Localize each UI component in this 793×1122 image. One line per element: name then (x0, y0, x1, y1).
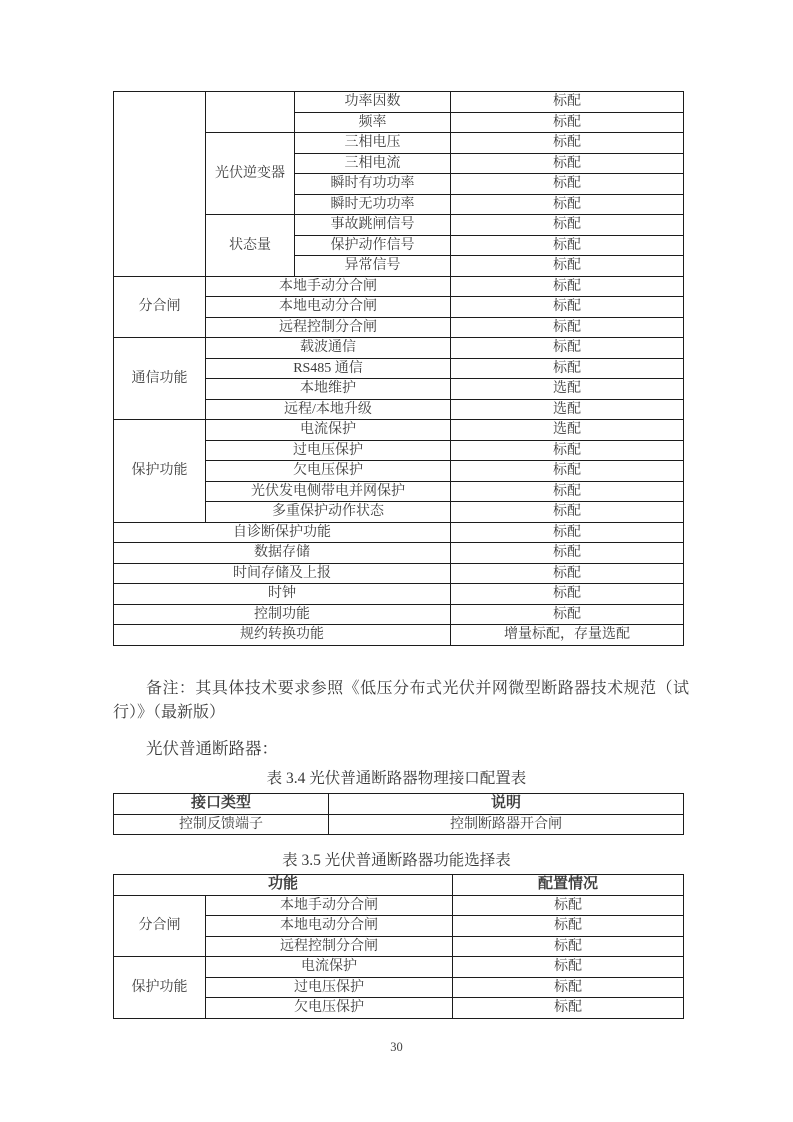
table-cell-config: 标配 (451, 502, 684, 523)
table-cell-item: 异常信号 (295, 256, 451, 277)
table-cell-empty-group (114, 92, 206, 277)
table-cell-config: 标配 (451, 584, 684, 605)
table-cell-config: 标配 (453, 916, 684, 937)
table-cell-item: 数据存储 (114, 543, 451, 564)
table-cell-item: 本地维护 (206, 379, 451, 400)
table-cell-config: 标配 (451, 235, 684, 256)
table-cell-group-switching: 分合闸 (114, 895, 206, 957)
table-cell-config: 标配 (451, 92, 684, 113)
table-header-description: 说明 (329, 794, 684, 815)
table-header-interface-type: 接口类型 (114, 794, 329, 815)
table-cell-item: 过电压保护 (206, 977, 453, 998)
table-header-config: 配置情况 (453, 875, 684, 896)
table-header-function: 功能 (114, 875, 453, 896)
table35-caption: 表 3.5 光伏普通断路器功能选择表 (0, 848, 793, 870)
table-cell-group-protection: 保护功能 (114, 957, 206, 1019)
table-cell-item: 远程/本地升级 (206, 399, 451, 420)
table-cell-item: 三相电流 (295, 153, 451, 174)
table-cell-config: 标配 (451, 481, 684, 502)
table-cell-item: 保护动作信号 (295, 235, 451, 256)
table-cell-item: 控制功能 (114, 604, 451, 625)
table-row: 分合闸 本地手动分合闸 标配 (114, 895, 684, 916)
table-cell-item: 本地电动分合闸 (206, 297, 451, 318)
table-cell-config: 标配 (453, 936, 684, 957)
table-cell-item: 本地电动分合闸 (206, 916, 453, 937)
table-cell-config: 标配 (451, 338, 684, 359)
table-row: 时钟 标配 (114, 584, 684, 605)
table-cell-config: 标配 (453, 998, 684, 1019)
table-row: 时间存储及上报 标配 (114, 563, 684, 584)
table-cell-item: 规约转换功能 (114, 625, 451, 646)
table-cell-config: 标配 (451, 317, 684, 338)
table-cell-config: 标配 (453, 895, 684, 916)
table-cell-item: RS485 通信 (206, 358, 451, 379)
table-cell-config: 标配 (451, 194, 684, 215)
table-cell-config: 标配 (451, 112, 684, 133)
table-cell-config: 标配 (453, 977, 684, 998)
table-cell-config: 标配 (453, 957, 684, 978)
table-cell-item: 欠电压保护 (206, 461, 451, 482)
document-page: 功率因数 标配 频率 标配 光伏逆变器 三相电压 标配 三相电流 标配 瞬时有功… (0, 0, 793, 1122)
table-row: 功率因数 标配 (114, 92, 684, 113)
table-cell-interface-type: 控制反馈端子 (114, 814, 329, 835)
table-cell-config: 标配 (451, 297, 684, 318)
table-cell-config: 选配 (451, 420, 684, 441)
table-cell-config: 标配 (451, 358, 684, 379)
table-cell-group-status: 状态量 (206, 215, 295, 277)
table-cell-item: 时间存储及上报 (114, 563, 451, 584)
table-cell-config: 标配 (451, 276, 684, 297)
table-cell-config: 选配 (451, 379, 684, 400)
table-cell-item: 电流保护 (206, 420, 451, 441)
table-row: 数据存储 标配 (114, 543, 684, 564)
table-cell-config: 标配 (451, 563, 684, 584)
table-cell-config: 标配 (451, 256, 684, 277)
main-config-table: 功率因数 标配 频率 标配 光伏逆变器 三相电压 标配 三相电流 标配 瞬时有功… (113, 91, 684, 646)
table-cell-config: 标配 (451, 215, 684, 236)
table-header-row: 接口类型 说明 (114, 794, 684, 815)
table-row: 保护功能 电流保护 标配 (114, 957, 684, 978)
table-cell-item: 远程控制分合闸 (206, 936, 453, 957)
table-cell-item: 光伏发电侧带电并网保护 (206, 481, 451, 502)
table-cell-group-switching: 分合闸 (114, 276, 206, 338)
table-cell-group-comm: 通信功能 (114, 338, 206, 420)
table-cell-group-protection: 保护功能 (114, 420, 206, 523)
table-cell-config: 标配 (451, 174, 684, 195)
table34-caption: 表 3.4 光伏普通断路器物理接口配置表 (0, 766, 793, 788)
table-row: 自诊断保护功能 标配 (114, 522, 684, 543)
page-number: 30 (0, 1040, 793, 1055)
table-cell-item: 事故跳闸信号 (295, 215, 451, 236)
section-heading: 光伏普通断路器： (146, 735, 278, 759)
function-selection-table: 功能 配置情况 分合闸 本地手动分合闸 标配 本地电动分合闸 标配 远程控制分合… (113, 874, 684, 1019)
table-row: 保护功能 电流保护 选配 (114, 420, 684, 441)
table-cell-item: 远程控制分合闸 (206, 317, 451, 338)
table-cell-empty-subgroup (206, 92, 295, 133)
table-cell-config: 标配 (451, 543, 684, 564)
table-row: 控制功能 标配 (114, 604, 684, 625)
table-cell-config: 标配 (451, 133, 684, 154)
table-row: 规约转换功能 增量标配，存量选配 (114, 625, 684, 646)
table-cell-config: 选配 (451, 399, 684, 420)
table-cell-item: 载波通信 (206, 338, 451, 359)
table-cell-item: 时钟 (114, 584, 451, 605)
table-cell-group-inverter: 光伏逆变器 (206, 133, 295, 215)
physical-interface-table: 接口类型 说明 控制反馈端子 控制断路器开合闸 (113, 793, 684, 835)
table-cell-item: 多重保护动作状态 (206, 502, 451, 523)
table-cell-config: 标配 (451, 440, 684, 461)
note-text: 备注：其具体技术要求参照《低压分布式光伏并网微型断路器技术规范（试行）》（最新版… (113, 677, 689, 724)
table-cell-item: 频率 (295, 112, 451, 133)
table-cell-config: 标配 (451, 153, 684, 174)
table-cell-config: 标配 (451, 522, 684, 543)
table-cell-config: 标配 (451, 604, 684, 625)
table-cell-item: 电流保护 (206, 957, 453, 978)
table-cell-item: 本地手动分合闸 (206, 276, 451, 297)
table-cell-item: 三相电压 (295, 133, 451, 154)
table-cell-config: 标配 (451, 461, 684, 482)
table-cell-config: 增量标配，存量选配 (451, 625, 684, 646)
table-cell-item: 欠电压保护 (206, 998, 453, 1019)
table-cell-item: 瞬时有功功率 (295, 174, 451, 195)
table-cell-item: 瞬时无功功率 (295, 194, 451, 215)
table-cell-item: 本地手动分合闸 (206, 895, 453, 916)
table-cell-item: 过电压保护 (206, 440, 451, 461)
table-cell-item: 功率因数 (295, 92, 451, 113)
table-row: 通信功能 载波通信 标配 (114, 338, 684, 359)
table-cell-item: 自诊断保护功能 (114, 522, 451, 543)
table-header-row: 功能 配置情况 (114, 875, 684, 896)
table-row: 分合闸 本地手动分合闸 标配 (114, 276, 684, 297)
table-cell-description: 控制断路器开合闸 (329, 814, 684, 835)
table-row: 控制反馈端子 控制断路器开合闸 (114, 814, 684, 835)
